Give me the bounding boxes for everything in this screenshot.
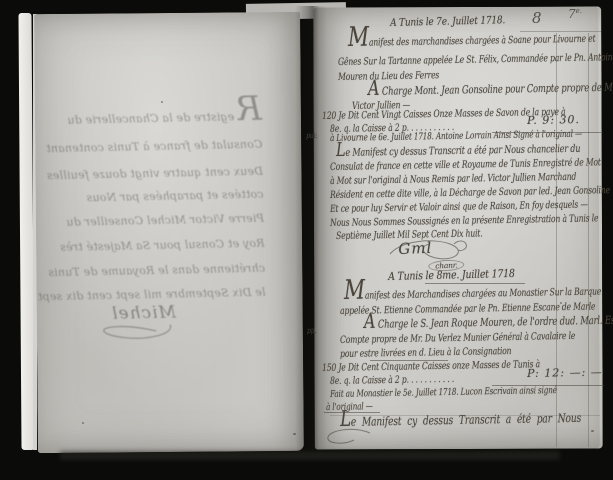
ornate-initial: R bbox=[234, 89, 262, 130]
heading-underline bbox=[425, 283, 525, 284]
folio-number-suffix: e. bbox=[576, 7, 582, 15]
bleedthrough-line-text: egistre de la Chancellerie du bbox=[67, 110, 234, 126]
bleedthrough-line: Registre de la Chancellerie du bbox=[67, 108, 262, 127]
bottom-flourish-icon bbox=[324, 428, 374, 446]
bleedthrough-line: cottées et paraphées par Nous bbox=[86, 188, 263, 205]
bleedthrough-line: Consulat de france à Tunis contenant bbox=[46, 138, 263, 156]
page-bottom-shadow bbox=[60, 451, 560, 460]
folio-ornament: 8 bbox=[532, 9, 542, 27]
bleedthrough-signature: Michel bbox=[92, 303, 177, 343]
entry1-amount: P. 9: 30. bbox=[527, 113, 580, 127]
manuscript-scan: Registre de la Chancellerie du Consulat … bbox=[0, 0, 613, 480]
manuscript-line: Mouren du Lieu des Ferres bbox=[338, 70, 439, 83]
manuscript-line: 8e. q. la Caisse à 2 p. . . . . . . . . … bbox=[330, 374, 454, 387]
folio-number-digit: 7 bbox=[568, 7, 576, 21]
bleedthrough-line: Deux cent quatre vingt douze feuilles bbox=[47, 165, 263, 183]
bleedthrough-signature-text: Michel bbox=[111, 303, 176, 324]
bleedthrough-line: chrétienne dans le Royaume de Tunis bbox=[48, 262, 265, 280]
entry2-margin-note: pp. bbox=[307, 326, 316, 335]
entry2-amount: P: 12: —: — bbox=[527, 366, 603, 380]
bleedthrough-line: Roy et Consul pour Sa Majesté très bbox=[60, 237, 265, 254]
bleedthrough-line: le Dix Septembre mil sept cent dix sept bbox=[38, 286, 266, 304]
original-underline bbox=[324, 412, 380, 413]
entry1-margin-note: pui: bbox=[306, 131, 317, 140]
bleedthrough-line: Pierre Victor Michel Conseiller du bbox=[66, 212, 264, 229]
bleedthrough-text-block: Registre de la Chancellerie du Consulat … bbox=[39, 68, 267, 373]
folio-number: 7e. bbox=[568, 7, 582, 21]
